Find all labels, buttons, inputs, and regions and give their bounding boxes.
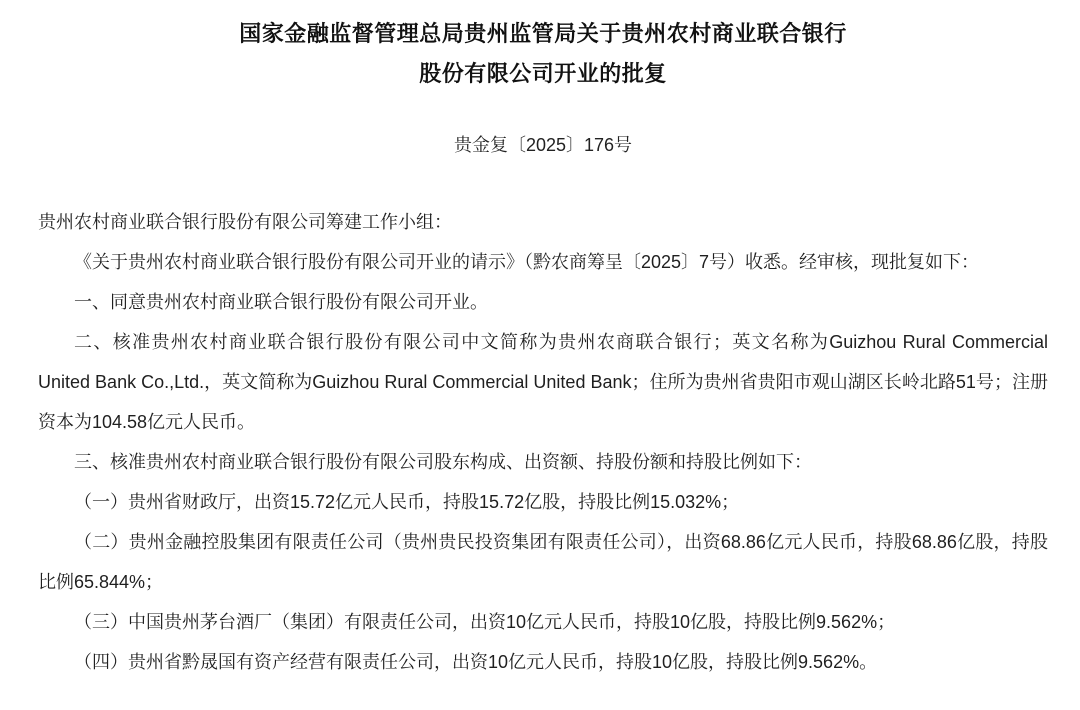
document-title: 国家金融监督管理总局贵州监管局关于贵州农村商业联合银行 股份有限公司开业的批复	[38, 14, 1048, 94]
body-paragraph: 三、核准贵州农村商业联合银行股份有限公司股东构成、出资额、持股份额和持股比例如下…	[38, 442, 1048, 482]
document-number: 贵金复〔2025〕176号	[38, 132, 1048, 158]
document-page: 国家金融监督管理总局贵州监管局关于贵州农村商业联合银行 股份有限公司开业的批复 …	[0, 0, 1080, 710]
addressee-line: 贵州农村商业联合银行股份有限公司筹建工作小组：	[38, 202, 1048, 242]
body-paragraph: 二、核准贵州农村商业联合银行股份有限公司中文简称为贵州农商联合银行；英文名称为G…	[38, 322, 1048, 442]
body-paragraph: （三）中国贵州茅台酒厂（集团）有限责任公司，出资10亿元人民币，持股10亿股，持…	[38, 602, 1048, 642]
document-title-line1: 国家金融监督管理总局贵州监管局关于贵州农村商业联合银行	[239, 21, 847, 46]
document-body: 贵州农村商业联合银行股份有限公司筹建工作小组： 《关于贵州农村商业联合银行股份有…	[38, 202, 1048, 682]
body-paragraph: （四）贵州省黔晟国有资产经营有限责任公司，出资10亿元人民币，持股10亿股，持股…	[38, 642, 1048, 682]
body-paragraph: 一、同意贵州农村商业联合银行股份有限公司开业。	[38, 282, 1048, 322]
body-paragraph: （二）贵州金融控股集团有限责任公司（贵州贵民投资集团有限责任公司），出资68.8…	[38, 522, 1048, 602]
body-paragraph: 《关于贵州农村商业联合银行股份有限公司开业的请示》（黔农商筹呈〔2025〕7号）…	[38, 242, 1048, 282]
paragraph-list: 《关于贵州农村商业联合银行股份有限公司开业的请示》（黔农商筹呈〔2025〕7号）…	[38, 242, 1048, 682]
body-paragraph: （一）贵州省财政厅，出资15.72亿元人民币，持股15.72亿股，持股比例15.…	[38, 482, 1048, 522]
document-title-line2: 股份有限公司开业的批复	[419, 61, 667, 86]
